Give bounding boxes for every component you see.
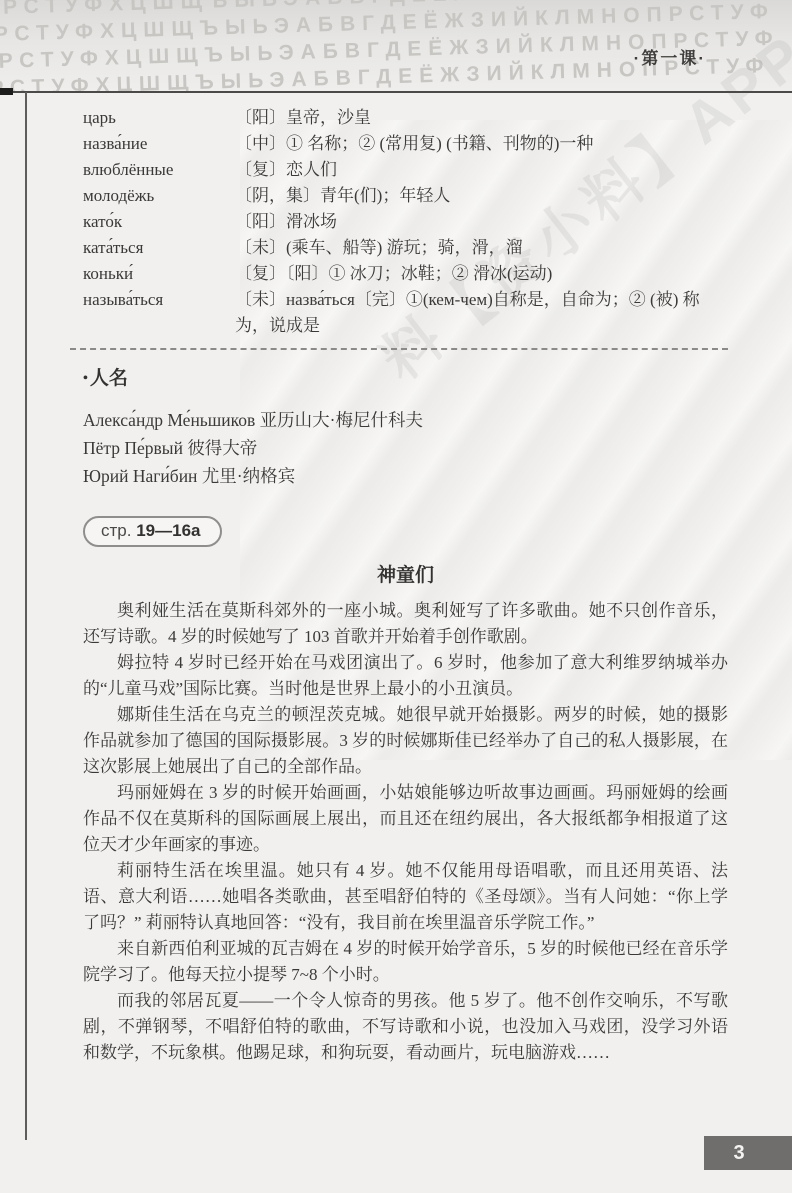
vocab-definition: 〔阳〕皇帝，沙皇 <box>235 105 728 131</box>
vocab-row: влюблённые 〔复〕恋人们 <box>83 157 728 183</box>
reading-paragraph: 而我的邻居瓦夏——一个令人惊奇的男孩。他 5 岁了。他不创作交响乐，不写歌剧，不… <box>83 988 728 1066</box>
vocab-definition: 〔中〕① 名称；② (常用复) (书籍、刊物的)一种 <box>235 131 728 157</box>
vocab-word: влюблённые <box>83 157 235 183</box>
dashed-separator <box>70 348 728 350</box>
vocab-row: като́к 〔阳〕滑冰场 <box>83 209 728 235</box>
reading-title: 神童们 <box>83 563 728 589</box>
names-section-heading: •人名 <box>83 366 728 392</box>
vocab-word: царь <box>83 105 235 131</box>
reading-paragraph: 玛丽娅姆在 3 岁的时候开始画画，小姑娘能够边听故事边画画。玛丽娅姆的绘画作品不… <box>83 780 728 858</box>
reading-paragraph: 莉丽特生活在埃里温。她只有 4 岁。她不仅能用母语唱歌，而且还用英语、法语、意大… <box>83 858 728 936</box>
vocab-row: царь 〔阳〕皇帝，沙皇 <box>83 105 728 131</box>
name-russian: Алекса́ндр Ме́ньшиков <box>83 410 255 430</box>
vocab-row: называ́ться 〔未〕назва́ться〔完〕①(кем-чем)自称… <box>83 287 728 339</box>
page-ref-prefix: стр. <box>101 521 131 540</box>
vocab-word: молодёжь <box>83 183 235 209</box>
reading-text: 奥利娅生活在莫斯科郊外的一座小城。奥利娅写了许多歌曲。她不只创作音乐，还写诗歌。… <box>83 598 728 1066</box>
vocab-row: назва́ние 〔中〕① 名称；② (常用复) (书籍、刊物的)一种 <box>83 131 728 157</box>
name-item: Юрий Наги́бин 尤里·纳格宾 <box>83 462 728 490</box>
vocab-word: коньки́ <box>83 261 235 287</box>
lesson-title: ·第一课· <box>634 44 706 69</box>
reading-paragraph: 奥利娅生活在莫斯科郊外的一座小城。奥利娅写了许多歌曲。她不只创作音乐，还写诗歌。… <box>83 598 728 650</box>
vocab-row: молодёжь 〔阴，集〕青年(们)；年轻人 <box>83 183 728 209</box>
left-rule <box>25 92 27 1140</box>
page-ref-number: 19—16a <box>136 521 200 540</box>
vocab-word: ката́ться <box>83 235 235 261</box>
names-heading-label: 人名 <box>90 368 128 389</box>
vocab-word: называ́ться <box>83 287 235 339</box>
top-rule <box>0 91 792 93</box>
names-list: Алекса́ндр Ме́ньшиков 亚历山大·梅尼什科夫 Пётр Пе… <box>83 406 728 490</box>
vocab-row: ката́ться 〔未〕(乘车、船等) 游玩；骑，滑，溜 <box>83 235 728 261</box>
name-chinese: 亚历山大·梅尼什科夫 <box>260 410 423 430</box>
vocabulary-list: царь 〔阳〕皇帝，沙皇 назва́ние 〔中〕① 名称；② (常用复) … <box>83 105 728 339</box>
page-content: царь 〔阳〕皇帝，沙皇 назва́ние 〔中〕① 名称；② (常用复) … <box>83 92 728 1066</box>
vocab-definition: 〔阳〕滑冰场 <box>235 209 728 235</box>
reading-paragraph: 娜斯佳生活在乌克兰的顿涅茨克城。她很早就开始摄影。两岁的时候，她的摄影作品就参加… <box>83 702 728 780</box>
vocab-word: назва́ние <box>83 131 235 157</box>
reading-paragraph: 来自新西伯利亚城的瓦吉姆在 4 岁的时候开始学音乐，5 岁的时候他已经在音乐学院… <box>83 936 728 988</box>
vocab-definition: 〔阴，集〕青年(们)；年轻人 <box>235 183 728 209</box>
top-rule-tick <box>0 88 13 95</box>
page-number-badge: 3 <box>704 1136 792 1170</box>
name-chinese: 尤里·纳格宾 <box>202 466 295 486</box>
page-number: 3 <box>733 1142 744 1165</box>
name-item: Пётр Пе́рвый 彼得大帝 <box>83 434 728 462</box>
bullet-icon: • <box>83 371 88 386</box>
vocab-definition: 〔复〕恋人们 <box>235 157 728 183</box>
name-item: Алекса́ндр Ме́ньшиков 亚历山大·梅尼什科夫 <box>83 406 728 434</box>
name-chinese: 彼得大帝 <box>187 438 257 458</box>
vocab-definition: 〔复〕〔阳〕① 冰刀；冰鞋；② 滑冰(运动) <box>235 261 728 287</box>
reading-paragraph: 姆拉特 4 岁时已经开始在马戏团演出了。6 岁时，他参加了意大利维罗纳城举办的“… <box>83 650 728 702</box>
vocab-definition: 〔未〕(乘车、船等) 游玩；骑，滑，溜 <box>235 235 728 261</box>
page-ref-badge: стр. 19—16a <box>83 516 222 547</box>
name-russian: Юрий Наги́бин <box>83 466 197 486</box>
textbook-page: ПРСТУФХЦШЩЪЫЬЭАБВГДЕЁЖЗИЙКЛМНОПРСТУФ ПРС… <box>0 0 792 1193</box>
vocab-definition: 〔未〕назва́ться〔完〕①(кем-чем)自称是，自命为；② (被) … <box>235 287 728 339</box>
vocab-word: като́к <box>83 209 235 235</box>
header-alphabet-band: ПРСТУФХЦШЩЪЫЬЭАБВГДЕЁЖЗИЙКЛМНОПРСТУФ ПРС… <box>0 0 792 92</box>
vocab-row: коньки́ 〔复〕〔阳〕① 冰刀；冰鞋；② 滑冰(运动) <box>83 261 728 287</box>
name-russian: Пётр Пе́рвый <box>83 438 183 458</box>
